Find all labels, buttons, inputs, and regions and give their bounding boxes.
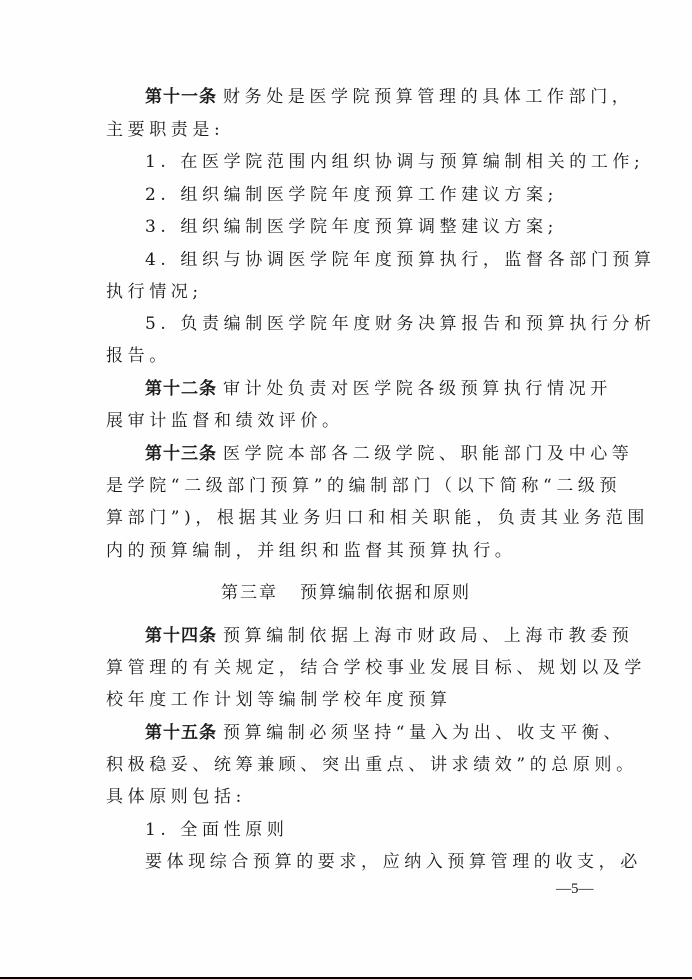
principle-1-heading: 1. 全面性原则 (145, 814, 602, 846)
article-13-line-4: 内的预算编制，并组织和监督其预算执行。 (106, 535, 602, 567)
article-15-line-3: 具体原则包括: (106, 781, 602, 813)
article-14-line-3: 校年度工作计划等编制学校年度预算 (106, 684, 602, 716)
article-12-line-1: 第十二条审计处负责对医学院各级预算执行情况开 (145, 373, 602, 405)
article-15-heading: 第十五条 (145, 723, 217, 743)
chapter-heading: 第三章预算编制依据和原则 (0, 577, 692, 609)
article-15-line-1: 第十五条预算编制必须坚持“量入为出、收支平衡、 (145, 717, 602, 749)
article-13-line-3: 算部门”)，根据其业务归口和相关职能，负责其业务范围 (106, 502, 602, 534)
chapter-title: 预算编制依据和原则 (300, 583, 471, 603)
article-14-heading: 第十四条 (145, 626, 217, 646)
list-item-3: 3. 组织编制医学院年度预算调整建议方案; (145, 211, 602, 243)
principle-1-text: 要体现综合预算的要求，应纳入预算管理的收支，必 (145, 846, 602, 878)
list-item-1: 1. 在医学院范围内组织协调与预算编制相关的工作; (145, 146, 602, 178)
article-11-text: 财务处是医学院预算管理的具体工作部门， (223, 87, 633, 107)
chapter-number: 第三章 (221, 583, 278, 603)
list-item-5-cont: 报告。 (106, 340, 602, 372)
article-14-line-1: 第十四条预算编制依据上海市财政局、上海市教委预 (145, 620, 602, 652)
article-11-line-2: 主要职责是: (106, 114, 602, 146)
article-13-heading: 第十三条 (145, 444, 217, 464)
page-number: —5— (556, 878, 594, 900)
article-11-line-1: 第十一条财务处是医学院预算管理的具体工作部门， (145, 81, 602, 113)
article-15-text: 预算编制必须坚持“量入为出、收支平衡、 (223, 723, 625, 743)
article-11-heading: 第十一条 (145, 87, 217, 107)
article-14-text: 预算编制依据上海市财政局、上海市教委预 (223, 626, 633, 646)
article-12-line-2: 展审计监督和绩效评价。 (106, 405, 602, 437)
list-item-5: 5. 负责编制医学院年度财务决算报告和预算执行分析 (145, 308, 602, 340)
article-12-text: 审计处负责对医学院各级预算执行情况开 (223, 379, 612, 399)
article-13-line-1: 第十三条医学院本部各二级学院、职能部门及中心等 (145, 438, 602, 470)
article-14-line-2: 算管理的有关规定，结合学校事业发展目标、规划以及学 (106, 652, 602, 684)
list-item-4-cont: 执行情况; (106, 276, 602, 308)
article-15-line-2: 积极稳妥、统筹兼顾、突出重点、讲求绩效”的总原则。 (106, 749, 602, 781)
list-item-2: 2. 组织编制医学院年度预算工作建议方案; (145, 179, 602, 211)
document-page: 第十一条财务处是医学院预算管理的具体工作部门， 主要职责是: 1. 在医学院范围… (0, 0, 692, 979)
article-13-text: 医学院本部各二级学院、职能部门及中心等 (223, 444, 633, 464)
list-item-4: 4. 组织与协调医学院年度预算执行，监督各部门预算 (145, 244, 602, 276)
article-13-line-2: 是学院“二级部门预算”的编制部门（以下简称“二级预 (106, 470, 602, 502)
article-12-heading: 第十二条 (145, 379, 217, 399)
